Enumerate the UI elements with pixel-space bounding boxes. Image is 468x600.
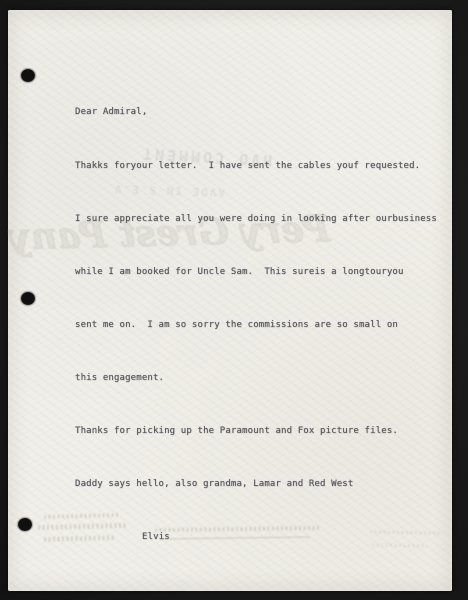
punch-hole-bottom [18, 518, 32, 531]
photo-backdrop: HVO COMMENT AVOE IN S.E.V Pery Grest Pan… [0, 0, 468, 600]
typed-letter-text: Dear Admiral, Thakks foryour letter. I h… [75, 69, 437, 582]
letter-page: HVO COMMENT AVOE IN S.E.V Pery Grest Pan… [8, 10, 452, 591]
letter-line: while I am booked for Uncle Sam. This su… [75, 264, 437, 282]
letter-line: this engagement. [75, 370, 437, 388]
punch-hole-middle [21, 292, 35, 305]
letter-line: Thanks for picking up the Paramount and … [75, 423, 437, 441]
letter-line: Daddy says hello, also grandma, Lamar an… [75, 476, 437, 494]
letter-line: sent me on. I am so sorry the commission… [75, 317, 437, 335]
letter-line: I sure appreciate all you were doing in … [75, 211, 437, 229]
salutation: Dear Admiral, [75, 104, 437, 122]
punch-hole-top [21, 69, 35, 82]
letter-line: Thakks foryour letter. I have sent the c… [75, 158, 437, 176]
